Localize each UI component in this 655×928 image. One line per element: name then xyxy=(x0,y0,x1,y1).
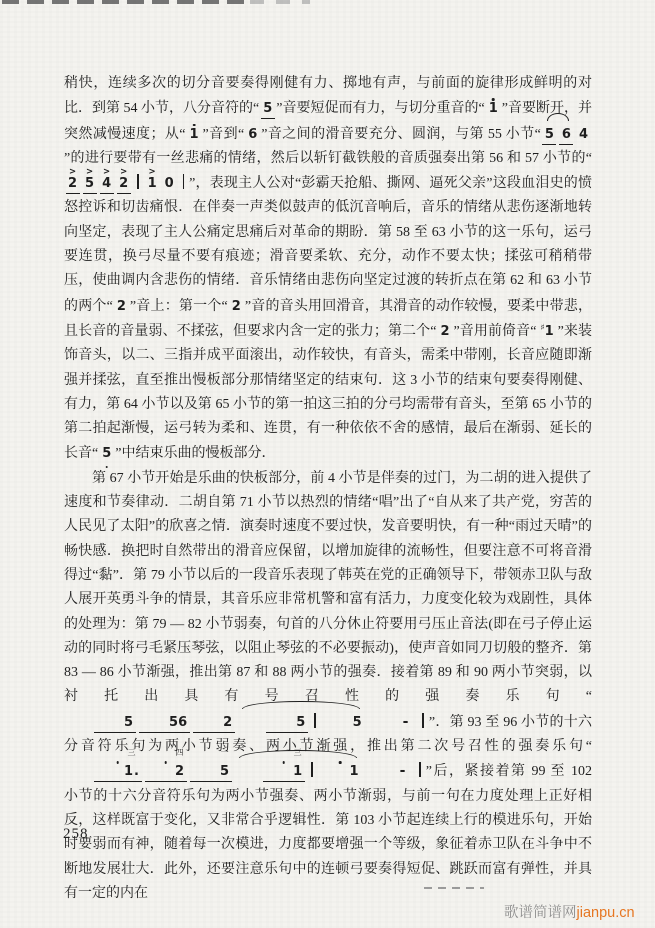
jianpu-figure: 1 xyxy=(185,122,202,146)
jianpu-figure: 5 xyxy=(98,441,115,465)
watermark-site-name: 歌谱简谱网 xyxy=(504,905,577,921)
jianpu-note: >4 xyxy=(100,177,114,194)
jianpu-figure: 556255- xyxy=(64,710,429,734)
scan-artifact-top-edge-light xyxy=(250,0,310,4)
jianpu-note: 6 xyxy=(559,128,573,145)
tie-arc-icon xyxy=(547,113,569,121)
jianpu-figure: 三1.四2一5三11- xyxy=(64,759,426,783)
body-text: 稍快，连续多次的切分音要奏得刚健有力、掷地有声，与前面的旋律形成鲜明的对比．到第… xyxy=(64,72,592,906)
scanned-page: { "page": { "number": "258", "watermark_… xyxy=(0,0,655,928)
jianpu-note: 56 xyxy=(139,716,190,733)
jianpu-note: 四2 xyxy=(145,765,187,782)
jianpu-note: 2 xyxy=(438,325,452,341)
barline xyxy=(419,762,420,777)
paragraph: 第 67 小节开始是乐曲的快板部分，前 4 小节是伴奏的过门，为二胡的进入提供了… xyxy=(64,467,592,906)
watermark-url: jianpu.cn xyxy=(577,905,635,921)
jianpu-figure: 2 xyxy=(436,319,453,343)
page-number: 258 xyxy=(63,826,89,843)
scan-artifact-dashes xyxy=(424,887,484,889)
barline xyxy=(137,174,138,189)
jianpu-dash: - xyxy=(363,759,415,783)
jianpu-figure: 5 xyxy=(259,96,276,120)
jianpu-note: 0 xyxy=(162,177,176,193)
jianpu-note: >5 xyxy=(83,177,97,194)
jianpu-figure: ♯1 xyxy=(536,319,557,343)
watermark: 歌谱简谱网jianpu.cn xyxy=(504,901,635,922)
jianpu-note: 5 xyxy=(261,102,275,119)
jianpu-figure: 2 xyxy=(113,294,130,318)
barline xyxy=(183,174,184,189)
jianpu-note: 1 xyxy=(486,102,500,118)
jianpu-note: 三1. xyxy=(94,765,142,782)
jianpu-note: 5 xyxy=(542,128,556,145)
barline xyxy=(314,713,315,728)
jianpu-figure: >2>5>4>2>10 xyxy=(64,171,189,195)
jianpu-note: >2 xyxy=(66,177,80,194)
jianpu-note: 2 xyxy=(229,300,243,316)
jianpu-note: 2 xyxy=(193,716,235,733)
jianpu-note: 5 xyxy=(100,447,114,463)
jianpu-figure: 6 xyxy=(244,122,261,146)
jianpu-note: 5 xyxy=(94,716,136,733)
jianpu-note: 4 xyxy=(576,128,590,144)
tie-arc-icon xyxy=(242,701,359,709)
barline xyxy=(422,713,423,728)
jianpu-figure: 2 xyxy=(228,294,245,318)
jianpu-figure: 1 xyxy=(485,96,502,120)
paragraph: 稍快，连续多次的切分音要奏得刚健有力、掷地有声，与前面的旋律形成鲜明的对比．到第… xyxy=(64,72,592,467)
barline xyxy=(311,762,312,777)
jianpu-note: 1 xyxy=(187,128,201,144)
jianpu-note: 1 xyxy=(319,765,361,781)
jianpu-note: 5 xyxy=(266,716,308,733)
jianpu-note: 6 xyxy=(246,128,260,144)
jianpu-note: >2 xyxy=(117,177,131,194)
scan-artifact-top-edge xyxy=(2,0,246,4)
jianpu-dash: - xyxy=(366,710,418,734)
jianpu-note: 三1 xyxy=(263,765,305,782)
jianpu-note: ♯1 xyxy=(538,324,556,341)
jianpu-note: 5 xyxy=(322,716,364,732)
jianpu-figure: 564 xyxy=(541,122,592,146)
jianpu-note: >1 xyxy=(145,177,159,193)
jianpu-note: 一5 xyxy=(190,765,232,782)
jianpu-note: 2 xyxy=(114,300,128,316)
